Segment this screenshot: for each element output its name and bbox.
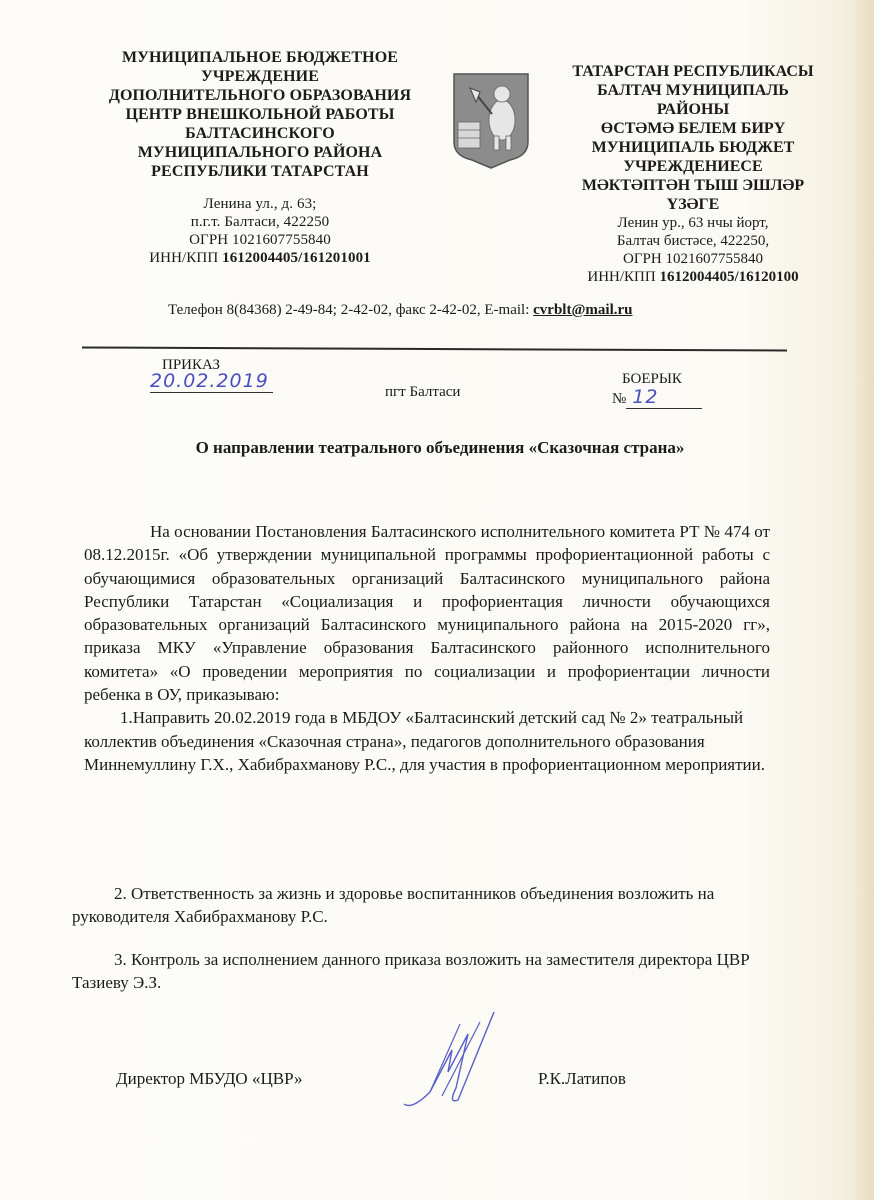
order-item-2-block: 2. Ответственность за жизнь и здоровье в…	[72, 882, 772, 928]
org-line: РЕСПУБЛИКИ ТАТАРСТАН	[82, 162, 438, 181]
inn-label: ИНН/КПП	[149, 250, 222, 266]
org-line: МУНИЦИПАЛЬНОГО РАЙОНА	[82, 143, 438, 162]
header-left-address: Ленина ул., д. 63; п.г.т. Балтаси, 42225…	[82, 195, 438, 267]
inn-line: ИНН/КПП 1612004405/161201001	[82, 249, 438, 267]
inn-value: 1612004405/16120100	[659, 269, 798, 285]
coat-of-arms-icon	[450, 70, 532, 170]
order-item-3: 3. Контроль за исполнением данного прика…	[72, 948, 772, 994]
contacts-text: Телефон 8(84368) 2-49-84; 2-42-02, факс …	[168, 302, 533, 318]
handwritten-signature-icon	[390, 1000, 520, 1110]
org-line: УЧРЕЖДЕНИЕ	[82, 67, 438, 86]
number-prefix: №	[612, 391, 626, 407]
header-divider	[82, 346, 787, 351]
inn-value: 1612004405/161201001	[222, 250, 371, 266]
address-line: ОГРН 1021607755840	[548, 250, 838, 268]
inn-line: ИНН/КПП 1612004405/16120100	[548, 268, 838, 286]
org-line: ҮЗӘГЕ	[548, 195, 838, 214]
scanned-page: МУНИЦИПАЛЬНОЕ БЮДЖЕТНОЕ УЧРЕЖДЕНИЕ ДОПОЛ…	[0, 0, 874, 1200]
order-number-handwritten: 12	[626, 386, 702, 409]
page-edge-shadow	[852, 0, 874, 1200]
contacts-line: Телефон 8(84368) 2-49-84; 2-42-02, факс …	[168, 302, 728, 319]
address-line: п.г.т. Балтаси, 422250	[82, 213, 438, 231]
document-title: О направлении театрального объединения «…	[100, 438, 780, 458]
preamble-paragraph: На основании Постановления Балтасинского…	[84, 520, 770, 706]
email-link[interactable]: cvrblt@mail.ru	[533, 302, 632, 318]
org-line: РАЙОНЫ	[548, 100, 838, 119]
org-line: ДОПОЛНИТЕЛЬНОГО ОБРАЗОВАНИЯ	[82, 86, 438, 105]
org-line: ӨСТӘМӘ БЕЛЕМ БИРҮ	[548, 119, 838, 138]
order-item-3-block: 3. Контроль за исполнением данного прика…	[72, 948, 772, 994]
org-line: МУНИЦИПАЛЬ БЮДЖЕТ	[548, 138, 838, 157]
order-item-2: 2. Ответственность за жизнь и здоровье в…	[72, 882, 772, 928]
org-line: ТАТАРСТАН РЕСПУБЛИКАСЫ	[548, 62, 838, 81]
header-left-org: МУНИЦИПАЛЬНОЕ БЮДЖЕТНОЕ УЧРЕЖДЕНИЕ ДОПОЛ…	[82, 48, 438, 267]
org-line: УЧРЕЖДЕНИЕСЕ	[548, 157, 838, 176]
address-line: ОГРН 1021607755840	[82, 231, 438, 249]
order-number: №12	[612, 386, 702, 409]
address-line: Балтач бистәсе, 422250,	[548, 232, 838, 250]
signatory-position: Директор МБУДО «ЦВР»	[116, 1069, 302, 1089]
signatory-name: Р.К.Латипов	[538, 1069, 626, 1089]
order-place: пгт Балтаси	[385, 384, 460, 401]
header-right-org: ТАТАРСТАН РЕСПУБЛИКАСЫ БАЛТАЧ МУНИЦИПАЛЬ…	[548, 62, 838, 286]
org-line: МӘКТӘПТӘН ТЫШ ЭШЛӘР	[548, 176, 838, 195]
org-line: МУНИЦИПАЛЬНОЕ БЮДЖЕТНОЕ	[82, 48, 438, 67]
order-item-1: 1.Направить 20.02.2019 года в МБДОУ «Бал…	[84, 706, 770, 776]
address-line: Ленин ур., 63 нчы йорт,	[548, 214, 838, 232]
document-body: На основании Постановления Балтасинского…	[84, 520, 770, 776]
org-line: ЦЕНТР ВНЕШКОЛЬНОЙ РАБОТЫ	[82, 105, 438, 124]
header-right-address: Ленин ур., 63 нчы йорт, Балтач бистәсе, …	[548, 214, 838, 286]
order-date-handwritten: 20.02.2019	[150, 370, 273, 393]
address-line: Ленина ул., д. 63;	[82, 195, 438, 213]
inn-label: ИНН/КПП	[587, 269, 659, 285]
org-line: БАЛТАСИНСКОГО	[82, 124, 438, 143]
org-line: БАЛТАЧ МУНИЦИПАЛЬ	[548, 81, 838, 100]
